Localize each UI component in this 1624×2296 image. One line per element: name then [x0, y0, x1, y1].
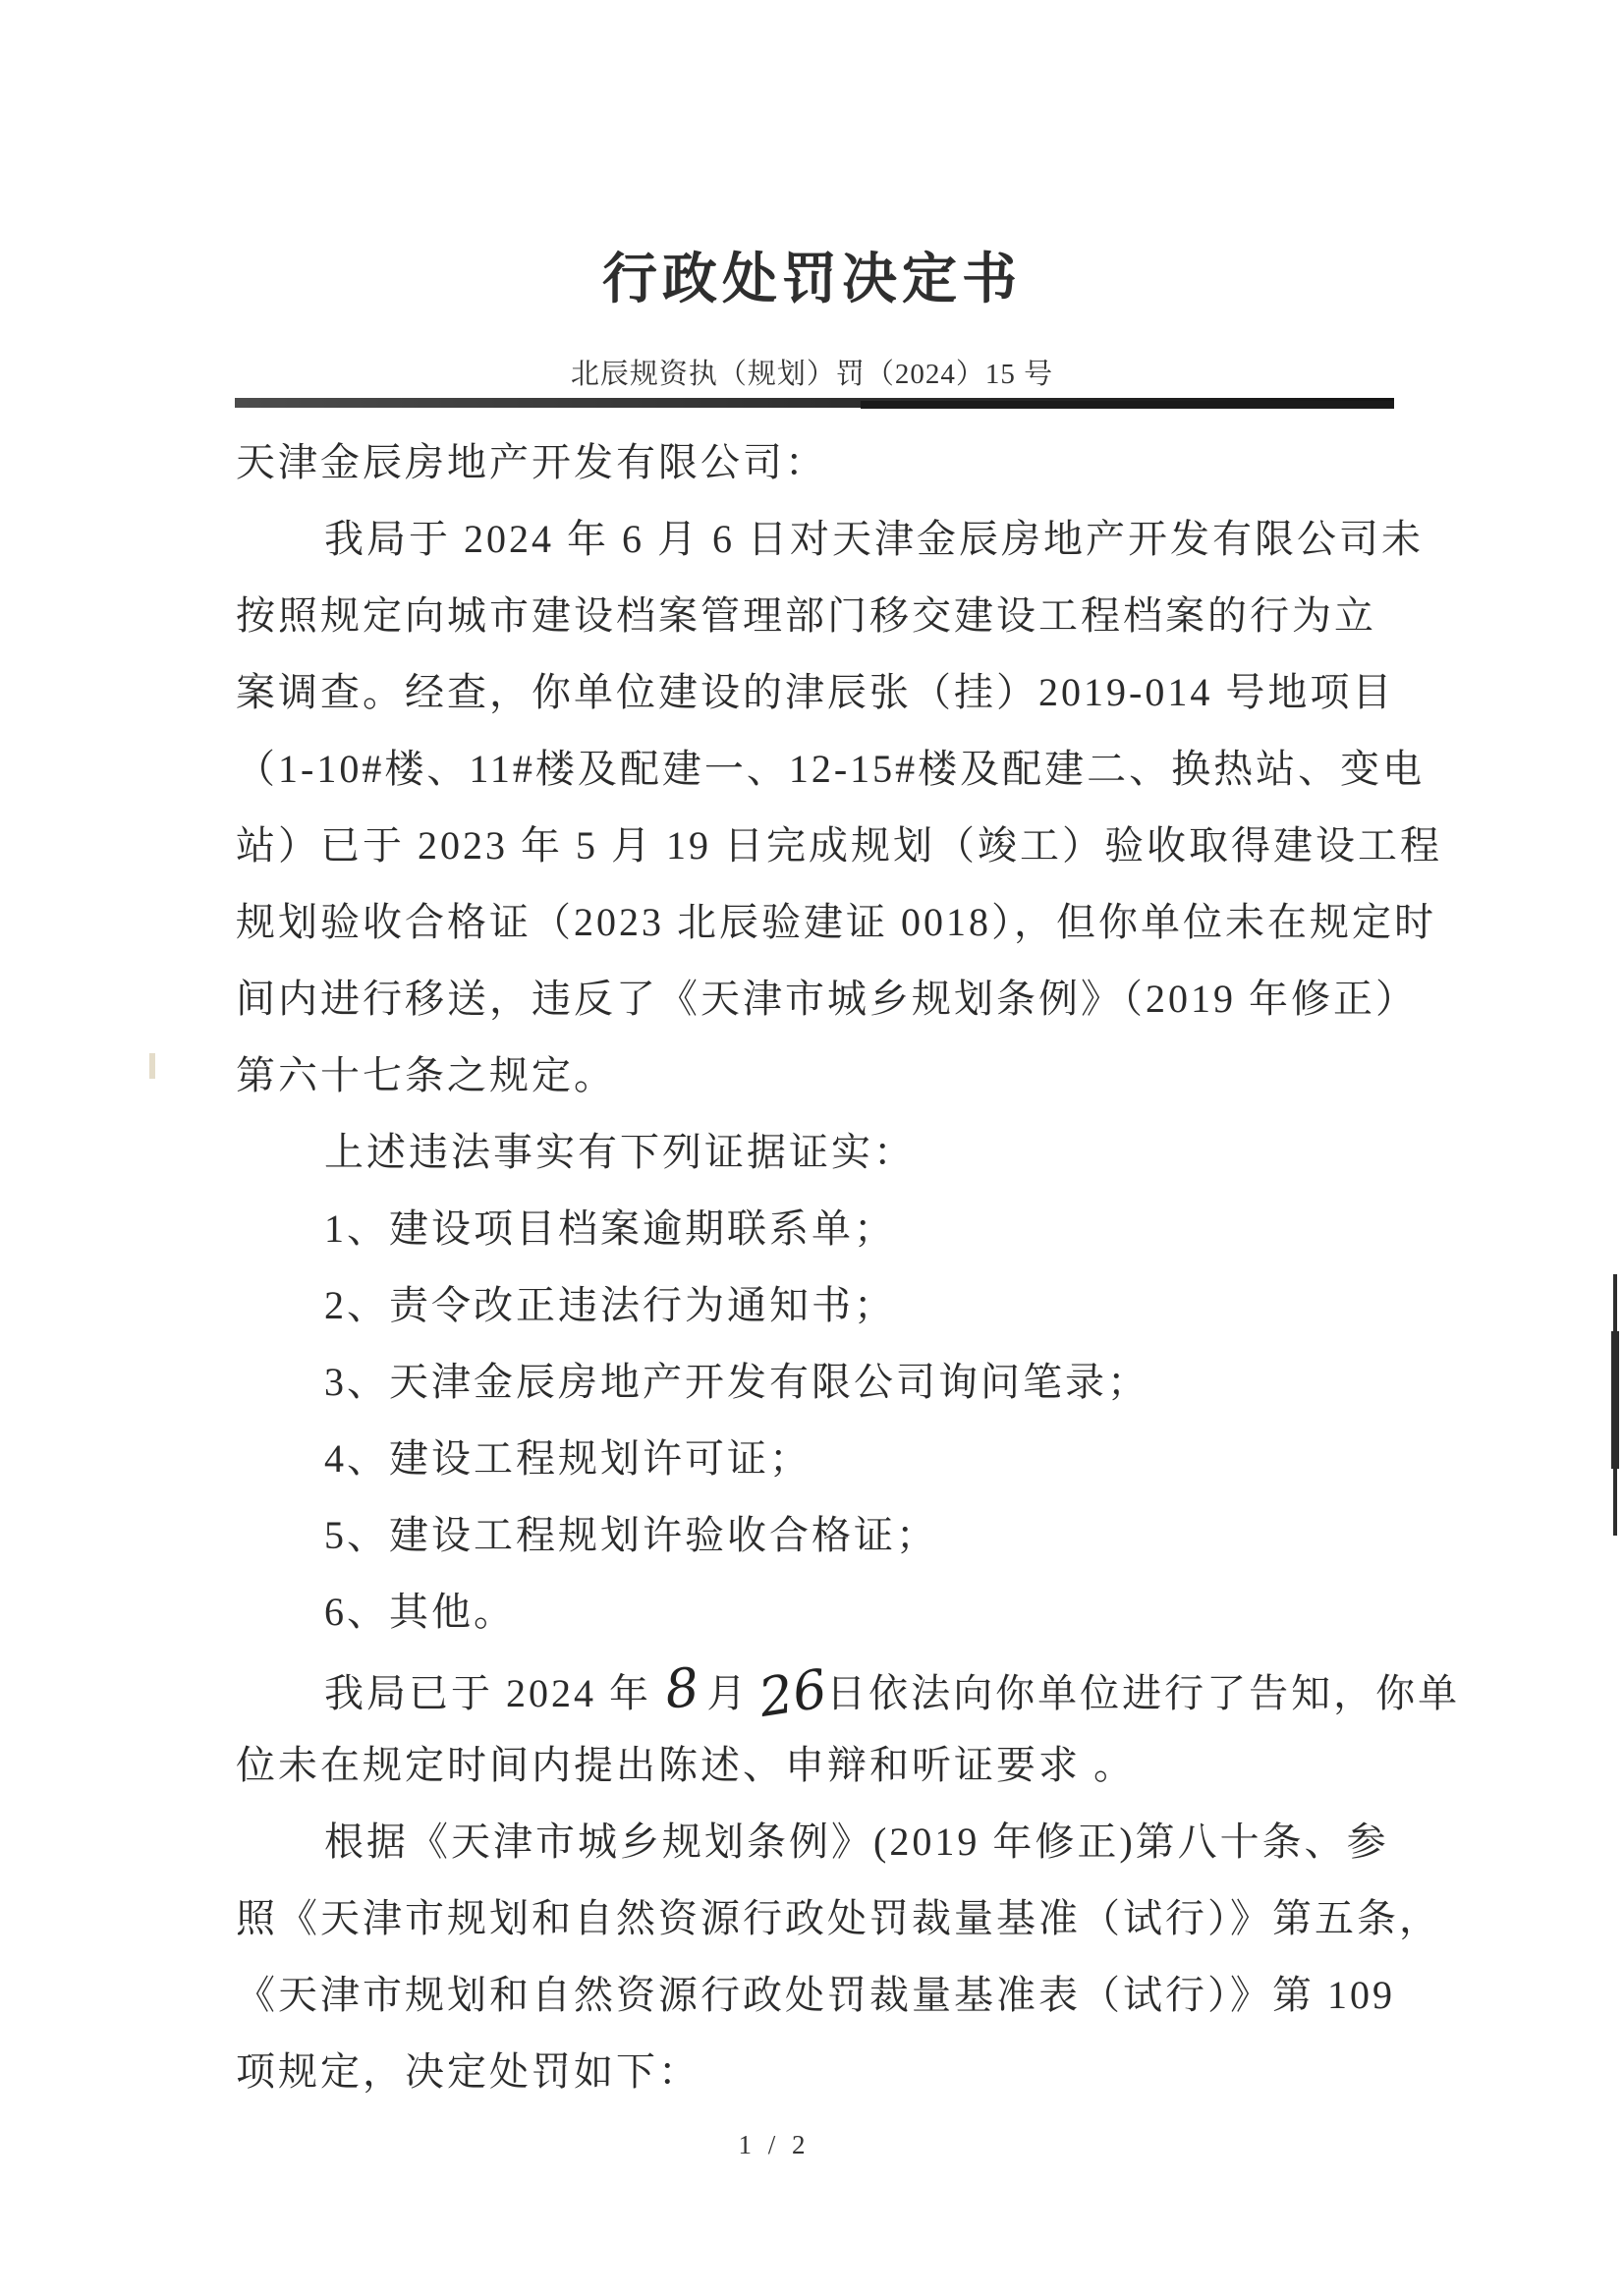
body-line: （1-10#楼、11#楼及配建一、12-15#楼及配建二、换热站、变电	[236, 731, 1425, 808]
body-line: 《天津市规划和自然资源行政处罚裁量基准表（试行）》第 109	[236, 1957, 1425, 2034]
body-line: 位未在规定时间内提出陈述、申辩和听证要求 。	[236, 1727, 1425, 1804]
date-line-month-char: 月	[706, 1671, 749, 1715]
evidence-list-item: 6、其他。	[236, 1574, 1425, 1651]
evidence-list-item: 5、建设工程规划许验收合格证；	[236, 1497, 1425, 1574]
body-line: 照《天津市规划和自然资源行政处罚裁量基准（试行）》第五条，	[236, 1880, 1425, 1957]
body-line: 我局于 2024 年 6 月 6 日对天津金辰房地产开发有限公司未	[236, 501, 1425, 578]
header-divider-rule	[235, 398, 1394, 408]
body-line: 第六十七条之规定。	[236, 1037, 1425, 1114]
date-line-prefix: 我局已于 2024 年	[324, 1671, 651, 1715]
page-number: 1 / 2	[738, 2130, 810, 2160]
body-line: 上述违法事实有下列证据证实：	[236, 1114, 1425, 1191]
body-line: 规划验收合格证（2023 北辰验建证 0018），但你单位未在规定时	[236, 884, 1425, 961]
scan-edge-artifact	[1613, 1274, 1617, 1333]
date-line-suffix: 日依法向你单位进行了告知，你单	[826, 1671, 1460, 1715]
body-line: 按照规定向城市建设档案管理部门移交建设工程档案的行为立	[236, 578, 1425, 654]
scan-edge-artifact	[1611, 1331, 1619, 1469]
scan-edge-artifact	[1613, 1467, 1617, 1536]
handwritten-month-digit: 8	[661, 1649, 702, 1728]
evidence-list-item: 1、建设项目档案逾期联系单；	[236, 1191, 1425, 1267]
body-line: 间内进行移送，违反了《天津市城乡规划条例》（2019 年修正）	[236, 961, 1425, 1037]
document-title: 行政处罚决定书	[0, 236, 1624, 314]
document-body: 天津金辰房地产开发有限公司： 我局于 2024 年 6 月 6 日对天津金辰房地…	[236, 424, 1425, 2110]
handwritten-day-digits: 26	[754, 1651, 832, 1737]
evidence-list-item: 3、天津金辰房地产开发有限公司询问笔录；	[236, 1344, 1425, 1421]
document-page: 行政处罚决定书 北辰规资执（规划）罚（2024）15 号 天津金辰房地产开发有限…	[0, 0, 1624, 2296]
document-number: 北辰规资执（规划）罚（2024）15 号	[0, 352, 1624, 392]
body-line: 根据《天津市城乡规划条例》(2019 年修正)第八十条、参	[236, 1804, 1425, 1880]
evidence-list-item: 4、建设工程规划许可证；	[236, 1421, 1425, 1497]
evidence-list-item: 2、责令改正违法行为通知书；	[236, 1267, 1425, 1344]
scan-speck-artifact	[149, 1053, 155, 1079]
addressee-line: 天津金辰房地产开发有限公司：	[236, 424, 1425, 501]
body-line: 站）已于 2023 年 5 月 19 日完成规划（竣工）验收取得建设工程	[236, 808, 1425, 884]
date-notification-line: 我局已于 2024 年8月26日依法向你单位进行了告知，你单	[236, 1651, 1425, 1727]
body-line: 项规定，决定处罚如下：	[236, 2034, 1425, 2110]
body-line: 案调查。经查，你单位建设的津辰张（挂）2019-014 号地项目	[236, 654, 1425, 731]
